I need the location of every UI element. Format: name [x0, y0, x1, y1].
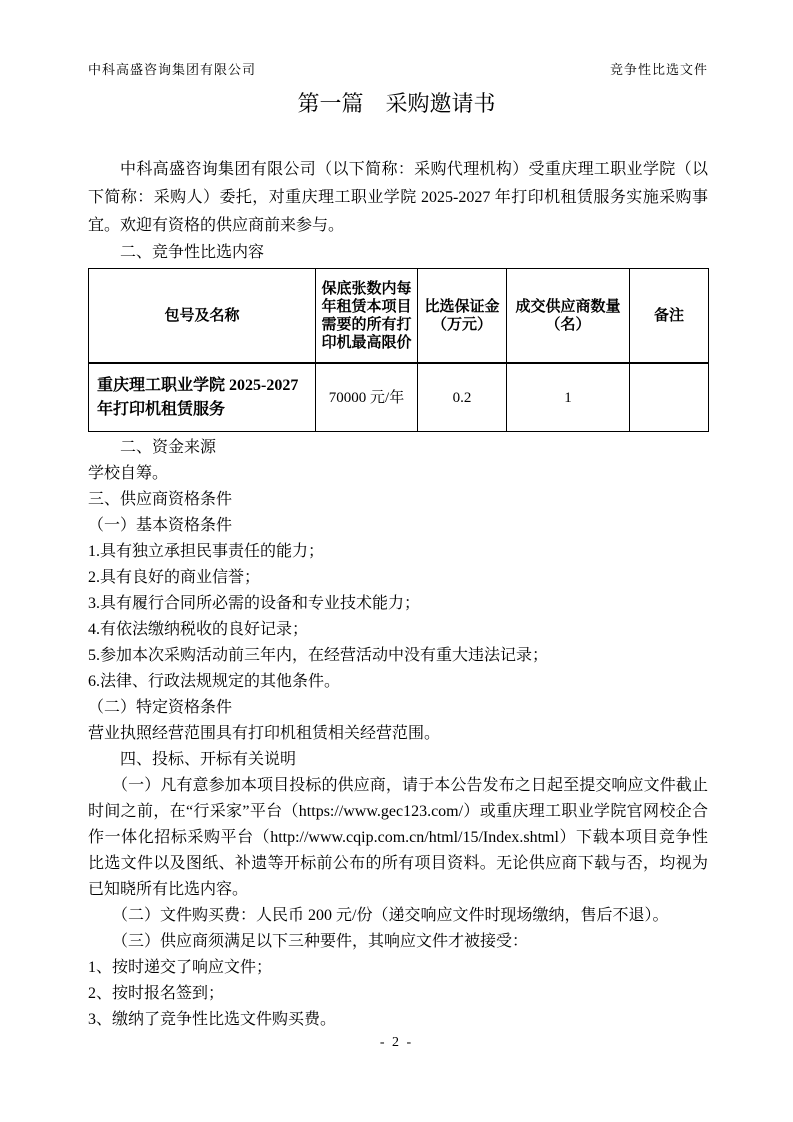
col-header-remarks: 备注 [630, 269, 709, 364]
list-item: 2、按时报名签到； [88, 981, 708, 1007]
list-item: 1.具有独立承担民事责任的能力； [88, 539, 708, 565]
page-number: - 2 - [0, 1034, 793, 1052]
subsection-specific-qualification: （二）特定资格条件 [88, 695, 708, 721]
section-heading-funding: 二、资金来源 [88, 435, 708, 461]
intro-paragraph: 中科高盛咨询集团有限公司（以下简称：采购代理机构）受重庆理工职业学院（以下简称：… [88, 156, 708, 240]
list-item: 4.有依法缴纳税收的良好记录； [88, 617, 708, 643]
header-doc-type: 竞争性比选文件 [610, 62, 708, 78]
doc-paragraph: （三）供应商须满足以下三种要件，其响应文件才被接受： [88, 929, 708, 955]
document-page: 中科高盛咨询集团有限公司 竞争性比选文件 第一篇 采购邀请书 中科高盛咨询集团有… [0, 0, 793, 1122]
comparison-content-table: 包号及名称 保底张数内每年租赁本项目需要的所有打印机最高限价 比选保证金（万元）… [88, 268, 709, 432]
cell-package-name: 重庆理工职业学院 2025-2027 年打印机租赁服务 [89, 363, 316, 432]
page-title: 第一篇 采购邀请书 [0, 90, 793, 118]
doc-paragraph: 营业执照经营范围具有打印机租赁相关经营范围。 [88, 721, 708, 747]
subsection-basic-qualification: （一）基本资格条件 [88, 513, 708, 539]
table-row: 重庆理工职业学院 2025-2027 年打印机租赁服务 70000 元/年 0.… [89, 363, 709, 432]
document-body: 中科高盛咨询集团有限公司（以下简称：采购代理机构）受重庆理工职业学院（以下简称：… [88, 156, 708, 1033]
cell-remarks [630, 363, 709, 432]
header-org-name: 中科高盛咨询集团有限公司 [88, 62, 256, 78]
col-header-deposit: 比选保证金（万元） [418, 269, 507, 364]
col-header-supplier-count: 成交供应商数量（名） [507, 269, 630, 364]
list-item: 5.参加本次采购活动前三年内，在经营活动中没有重大违法记录； [88, 643, 708, 669]
body-paragraphs: 二、资金来源 学校自筹。 三、供应商资格条件 （一）基本资格条件 1.具有独立承… [88, 435, 708, 1033]
col-header-max-price: 保底张数内每年租赁本项目需要的所有打印机最高限价 [316, 269, 418, 364]
col-header-package-name: 包号及名称 [89, 269, 316, 364]
list-item: 3、缴纳了竞争性比选文件购买费。 [88, 1007, 708, 1033]
cell-deposit: 0.2 [418, 363, 507, 432]
list-item: 1、按时递交了响应文件； [88, 955, 708, 981]
cell-supplier-count: 1 [507, 363, 630, 432]
section-heading-qualification: 三、供应商资格条件 [88, 487, 708, 513]
running-header: 中科高盛咨询集团有限公司 竞争性比选文件 [88, 62, 708, 78]
doc-paragraph: （二）文件购买费：人民币 200 元/份（递交响应文件时现场缴纳，售后不退）。 [88, 903, 708, 929]
doc-paragraph: 学校自筹。 [88, 461, 708, 487]
doc-paragraph: （一）凡有意参加本项目投标的供应商，请于本公告发布之日起至提交响应文件截止时间之… [88, 773, 708, 903]
section-heading-comparison-content: 二、竞争性比选内容 [88, 240, 708, 266]
list-item: 3.具有履行合同所必需的设备和专业技术能力； [88, 591, 708, 617]
list-item: 6.法律、行政法规规定的其他条件。 [88, 669, 708, 695]
cell-max-price: 70000 元/年 [316, 363, 418, 432]
list-item: 2.具有良好的商业信誉； [88, 565, 708, 591]
section-heading-bid-notes: 四、投标、开标有关说明 [88, 747, 708, 773]
table-header-row: 包号及名称 保底张数内每年租赁本项目需要的所有打印机最高限价 比选保证金（万元）… [89, 269, 709, 364]
